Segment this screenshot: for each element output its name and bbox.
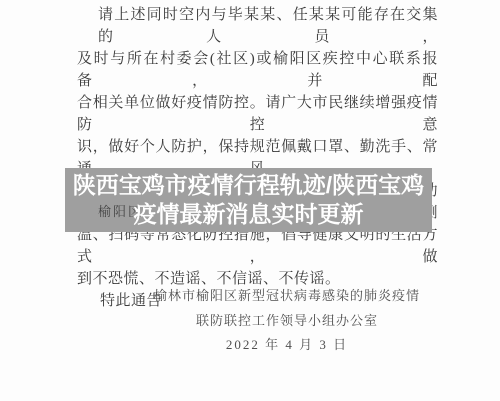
signature-date: 2022 年 4 月 3 日 <box>137 338 437 352</box>
notice-document-page: 请上述同时空内与毕某某、任某某可能存在交集的人员， 及时与所在村委会(社区)或榆… <box>0 0 500 401</box>
headline-line-1: 陕西宝鸡市疫情行程轨迹/陕西宝鸡 <box>73 171 424 200</box>
headline-overlay: 榆阳区 陕西宝鸡市疫情行程轨迹/陕西宝鸡 疫情最新消息实时更新 <box>65 168 432 232</box>
notice-body-line: 到不恐慌、不造谣、不信谣、不传谣。 <box>77 268 438 290</box>
signature-org-line-1: 榆林市榆阳区新型冠状病毒感染的肺炎疫情 <box>137 289 437 303</box>
notice-body: 请上述同时空内与毕某某、任某某可能存在交集的人员， 及时与所在村委会(社区)或榆… <box>77 4 438 312</box>
headline-text: 陕西宝鸡市疫情行程轨迹/陕西宝鸡 疫情最新消息实时更新 <box>65 168 432 232</box>
signature-block: 榆林市榆阳区新型冠状病毒感染的肺炎疫情 联防联控工作领导小组办公室 2022 年… <box>137 289 437 352</box>
notice-body-line: 请上述同时空内与毕某某、任某某可能存在交集的人员， <box>77 4 438 48</box>
signature-org-line-2: 联防联控工作领导小组办公室 <box>137 314 437 328</box>
headline-line-2: 疫情最新消息实时更新 <box>134 200 364 229</box>
notice-body-line: 及时与所在村委会(社区)或榆阳区疾控中心联系报备，并配 <box>77 48 438 92</box>
notice-body-line: 合相关单位做好疫情防控。请广大市民继续增强疫情防控意 <box>77 92 438 136</box>
